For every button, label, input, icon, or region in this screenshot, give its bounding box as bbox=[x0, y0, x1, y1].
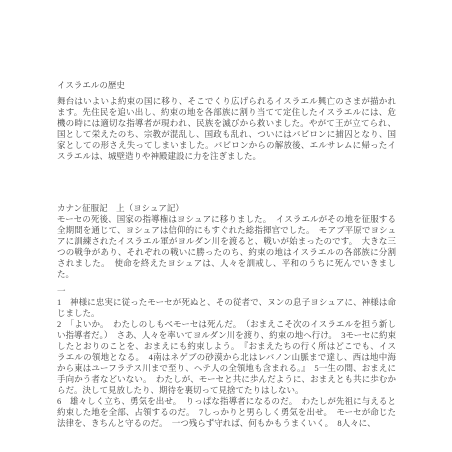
chapter-number: 一 bbox=[57, 286, 396, 297]
section-overview-paragraph: モーセの死後、国家の指導権はヨシュアに移りました。 イスラエルがその地を征服する… bbox=[57, 214, 396, 280]
verse-paragraph-1: 1 神様に忠実に従ったモーセが死ぬと、その従者で、ヌンの息子ヨシュアに、神様は命… bbox=[57, 297, 396, 319]
section-heading: カナン征服記 上（ヨシュア記） bbox=[57, 203, 396, 214]
intro-paragraph: 舞台はいよいよ約束の国に移り、そこでくり広げられるイスラエル興亡のさまが描かれま… bbox=[57, 96, 396, 162]
verse-paragraph-2: 2 「よいか。 わたしのしもべモーセは死んだ。 （おまえこそ次のイスラエルを担う… bbox=[57, 319, 396, 396]
verse-paragraph-6: 6 雄々しく立ち、勇気を出せ。 りっぱな指導者になるのだ。 わたしが先祖に与える… bbox=[57, 396, 396, 429]
document-page: イスラエルの歴史 舞台はいよいよ約束の国に移り、そこでくり広げられるイスラエル興… bbox=[0, 0, 452, 452]
document-title: イスラエルの歴史 bbox=[57, 80, 396, 91]
